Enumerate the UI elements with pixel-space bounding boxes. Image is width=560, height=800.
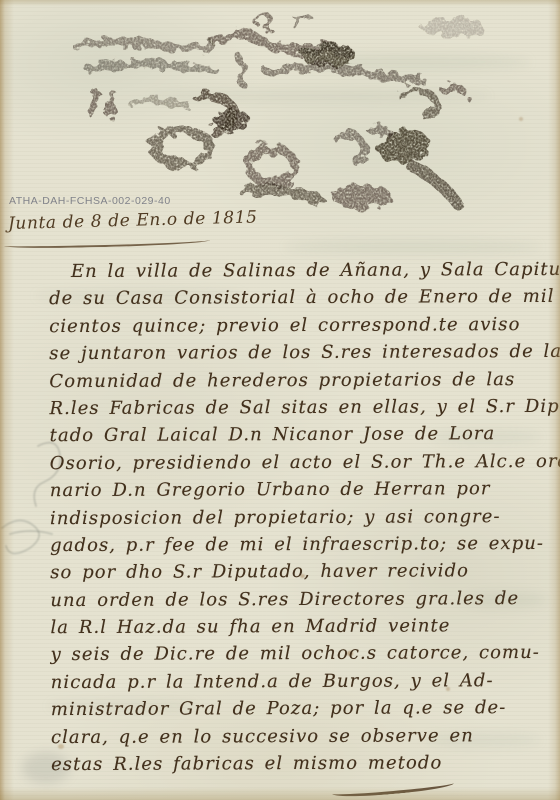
manuscript-line: y seis de Dic.re de mil ochoc.s catorce,… [51, 639, 559, 669]
heading-underline-flourish [4, 237, 210, 249]
archive-reference-stamp: ATHA-DAH-FCHSA-002-029-40 [9, 195, 171, 207]
manuscript-line: En la villa de Salinas de Añana, y Sala … [49, 256, 557, 286]
manuscript-line: Comunidad de herederos propietarios de l… [49, 365, 557, 395]
bleedthrough-smudge [150, 90, 490, 102]
manuscript-line: de su Casa Consistorial à ocho de Enero … [49, 283, 557, 313]
manuscript-body: En la villa de Salinas de Añana, y Sala … [49, 256, 559, 779]
manuscript-line: una orden de los S.res Directores gra.le… [50, 585, 558, 615]
entry-heading: Junta de 8 de En.o de 1815 [8, 207, 258, 234]
final-word-underline-flourish [332, 778, 454, 800]
manuscript-line: ministrador Gral de Poza; por la q.e se … [51, 694, 559, 724]
manuscript-line: clara, q.e en lo succesivo se observe en [51, 722, 559, 752]
manuscript-line: nario D.n Gregorio Urbano de Herran por [50, 475, 558, 505]
manuscript-line: so por dho S.r Diputado, haver recivido [50, 557, 558, 587]
manuscript-line: se juntaron varios de los S.res interesa… [49, 338, 557, 368]
bleedthrough-smudge [285, 240, 540, 254]
manuscript-line: tado Gral Laical D.n Nicanor Jose de Lor… [50, 420, 558, 450]
manuscript-line: cientos quince; previo el correspond.te … [49, 311, 557, 341]
manuscript-line: gados, p.r fee de mi el infraescrip.to; … [50, 530, 558, 560]
manuscript-line: R.les Fabricas de Sal sitas en ellas, y … [49, 393, 557, 423]
manuscript-line: estas R.les fabricas el mismo metodo [51, 749, 559, 779]
manuscript-line: la R.l Haz.da su fha en Madrid veinte [50, 612, 558, 642]
manuscript-page: ATHA-DAH-FCHSA-002-029-40 Junta de 8 de … [0, 0, 560, 800]
manuscript-line: nicada p.r la Intend.a de Burgos, y el A… [51, 667, 559, 697]
manuscript-line: Osorio, presidiendo el acto el S.or Th.e… [50, 448, 558, 478]
bleedthrough-smudge [300, 55, 530, 69]
fox-spot [519, 117, 523, 121]
ink-blot-overlay [0, 0, 560, 220]
manuscript-line: indisposicion del propietario; y asi con… [50, 502, 558, 532]
